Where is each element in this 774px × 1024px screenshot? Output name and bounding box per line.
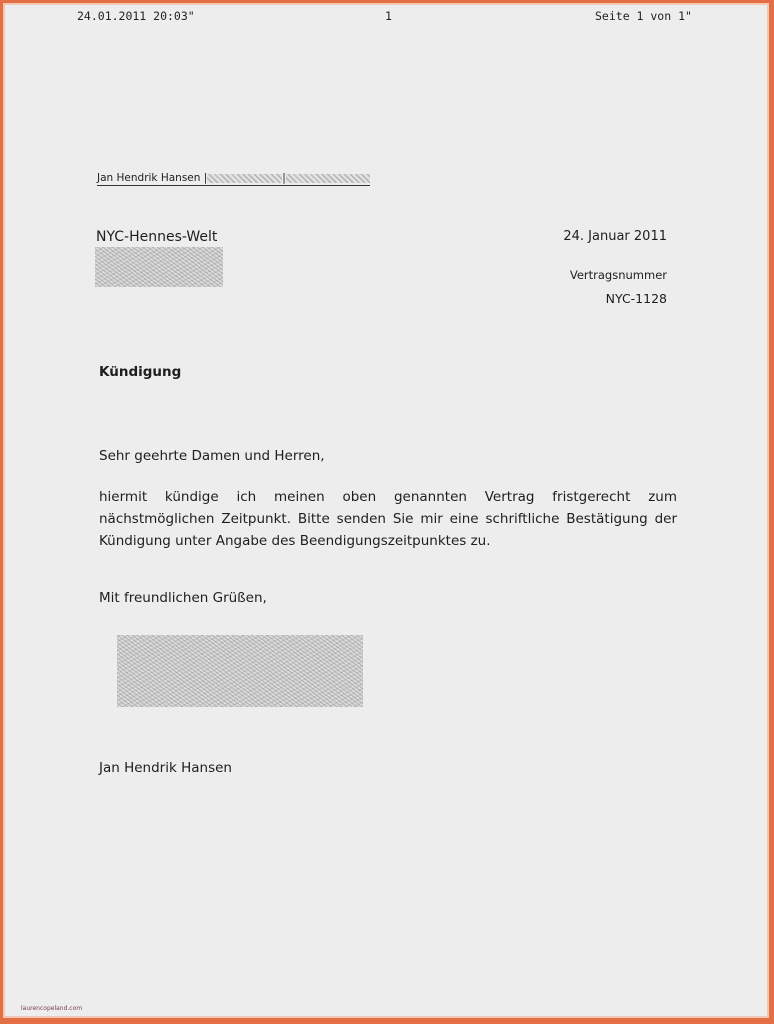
body-paragraph: hiermit kündige ich meinen oben genannte… (99, 486, 677, 552)
redacted-signature (117, 635, 363, 707)
redacted-city (286, 174, 370, 183)
subject-heading: Kündigung (99, 364, 181, 380)
salutation: Sehr geehrte Damen und Herren, (99, 448, 325, 464)
redacted-address (207, 174, 282, 183)
document-page: 24.01.2011 20:03" 1 Seite 1 von 1" Jan H… (3, 3, 769, 1018)
letter-date: 24. Januar 2011 (563, 229, 667, 244)
closing: Mit freundlichen Grüßen, (99, 590, 267, 606)
redacted-recipient-address (95, 247, 223, 287)
contract-label: Vertragsnummer (570, 268, 667, 282)
sender-line: Jan Hendrik Hansen || (97, 172, 370, 186)
recipient-name: NYC-Hennes-Welt (96, 229, 217, 245)
print-page-of: Seite 1 von 1" (595, 9, 692, 23)
sender-name: Jan Hendrik Hansen | (97, 172, 207, 184)
watermark: laurencopeland.com (21, 1005, 82, 1012)
contract-number: NYC-1128 (606, 291, 667, 306)
print-page-number: 1 (385, 9, 392, 23)
signature-name: Jan Hendrik Hansen (99, 760, 232, 776)
print-timestamp: 24.01.2011 20:03" (77, 9, 195, 23)
